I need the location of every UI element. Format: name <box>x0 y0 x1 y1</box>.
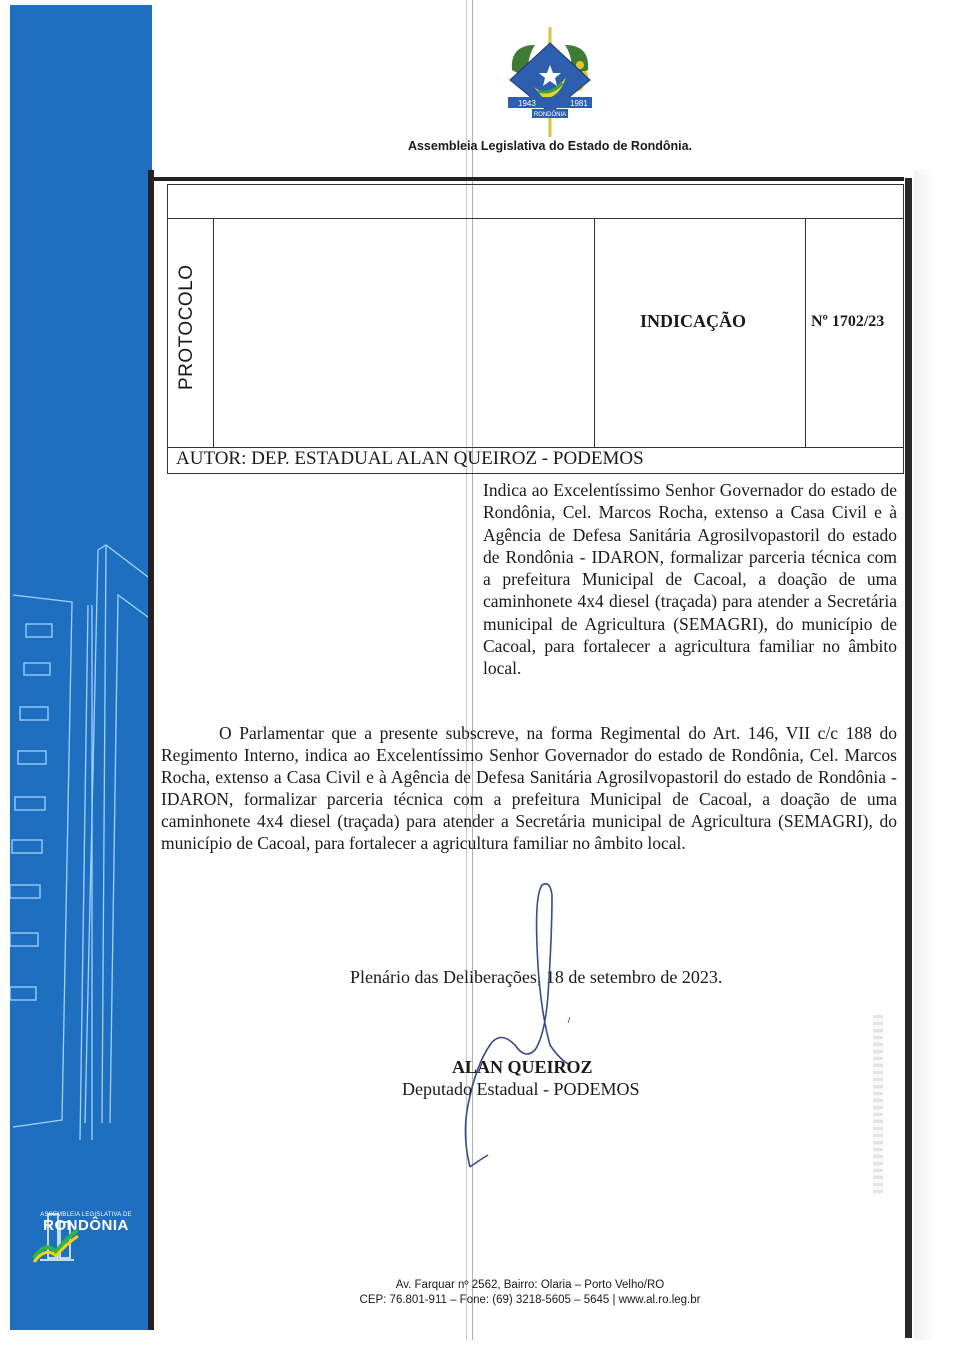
document-type: INDICAÇÃO <box>640 311 746 332</box>
rondonia-coat-of-arms-icon: 1943 1981 RONDÔNIA <box>500 25 600 140</box>
form-table <box>167 184 904 474</box>
ementa-paragraph: Indica ao Excelentíssimo Senhor Governad… <box>483 479 897 680</box>
sidebar-logo-tagline <box>26 1234 146 1239</box>
author-line: AUTOR: DEP. ESTADUAL ALAN QUEIROZ - PODE… <box>176 448 644 470</box>
footer: Av. Farquar nº 2562, Bairro: Olaria – Po… <box>320 1278 740 1308</box>
protocol-label: PROTOCOLO <box>176 264 198 390</box>
footer-contact: CEP: 76.801-911 – Fone: (69) 3218-5605 –… <box>320 1293 740 1308</box>
signer-role: Deputado Estadual - PODEMOS <box>402 1079 639 1100</box>
sidebar-logo: ASSEMBLEIA LEGISLATIVA DE RONDÔNIA <box>26 1210 146 1239</box>
form-divider <box>805 218 806 447</box>
signer-name: ALAN QUEIROZ <box>452 1057 593 1078</box>
sidebar-band: ASSEMBLEIA LEGISLATIVA DE RONDÔNIA <box>10 5 152 1330</box>
form-divider <box>167 218 904 219</box>
handwritten-signature-icon <box>440 875 580 1175</box>
svg-text:1943: 1943 <box>518 99 536 108</box>
form-divider <box>594 218 595 447</box>
scan-artifact <box>873 1015 883 1195</box>
form-divider <box>213 218 214 447</box>
body-paragraph: O Parlamentar que a presente subscreve, … <box>161 722 897 854</box>
svg-text:1981: 1981 <box>570 99 588 108</box>
svg-text:RONDÔNIA: RONDÔNIA <box>534 111 566 118</box>
footer-address: Av. Farquar nº 2562, Bairro: Olaria – Po… <box>320 1278 740 1293</box>
page-edge-bar <box>905 178 912 1338</box>
organization-name: Assembleia Legislativa do Estado de Rond… <box>330 139 770 153</box>
building-outline-icon <box>10 5 152 1330</box>
building-logo-icon <box>26 1210 86 1270</box>
document-number: Nº 1702/23 <box>811 313 884 331</box>
scan-artifact <box>914 170 934 1340</box>
